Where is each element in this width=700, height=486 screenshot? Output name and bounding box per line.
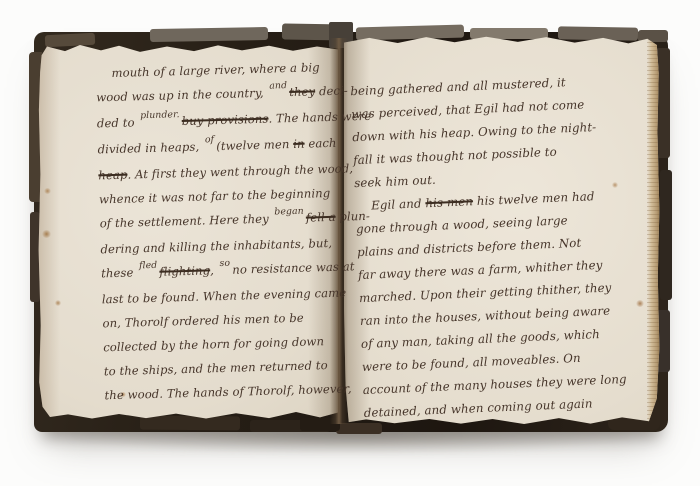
text-segment: these xyxy=(101,265,137,280)
torn-cover-fragment xyxy=(558,26,638,40)
torn-cover-fragment xyxy=(336,423,382,434)
text-segment: his twelve men had xyxy=(473,189,595,208)
inserted-text: and xyxy=(269,74,287,98)
strikethrough-text: in xyxy=(293,137,305,151)
text-segment: detained, and when coming out again xyxy=(364,396,593,420)
strikethrough-text: they xyxy=(289,84,315,99)
cover-edge-left xyxy=(30,212,40,302)
text-segment: wood was up in the country, xyxy=(96,86,268,105)
text-segment: , xyxy=(210,263,218,277)
text-segment: . At first they went through the wood, xyxy=(127,161,353,181)
strikethrough-text: fell a xyxy=(306,210,336,225)
text-segment: last to be found. When the evening came xyxy=(102,286,347,307)
text-segment: on, Thorolf ordered his men to be xyxy=(102,311,304,331)
text-segment: mouth of a large river, where a big xyxy=(111,60,320,80)
torn-cover-fragment xyxy=(470,28,548,39)
inserted-text: began xyxy=(274,200,304,225)
text-segment: collected by the horn for going down xyxy=(103,334,324,354)
strikethrough-text: buy provisions xyxy=(182,112,269,128)
strikethrough-text: his men xyxy=(425,194,473,210)
right-page-text: being gathered and all mustered, itwas p… xyxy=(350,68,656,425)
cover-edge-right xyxy=(660,170,672,300)
torn-cover-fragment xyxy=(140,416,240,431)
left-page-text: mouth of a large river, where a bigwood … xyxy=(95,55,347,408)
strikethrough-text: heap xyxy=(98,168,127,183)
text-segment: fall it was thought not possible to xyxy=(353,145,557,168)
torn-cover-fragment xyxy=(150,27,268,42)
text-segment: divided in heaps, xyxy=(97,139,203,156)
text-segment: the wood. The hands of Thorolf, however, xyxy=(104,381,352,402)
inserted-text: plunder. xyxy=(140,103,180,128)
inserted-text: of xyxy=(205,128,215,152)
photo-background: mouth of a large river, where a bigwood … xyxy=(0,0,700,486)
text-segment: Egil and xyxy=(371,196,426,212)
strikethrough-text: flighting xyxy=(159,263,210,278)
text-segment: (twelve men xyxy=(216,137,293,153)
text-segment: deci- xyxy=(315,83,348,98)
text-segment: seek him out. xyxy=(354,173,436,190)
text-segment: no resistance was at xyxy=(232,259,355,276)
text-segment: to the ships, and the men returned to xyxy=(104,358,328,378)
text-segment: dering and killing the inhabitants, but, xyxy=(100,236,332,256)
text-segment: of the settlement. Here they xyxy=(100,212,273,231)
inserted-text: fled xyxy=(139,254,158,278)
text-segment: ded to xyxy=(97,115,139,130)
text-segment: each xyxy=(304,136,336,151)
inserted-text: so xyxy=(219,252,230,276)
